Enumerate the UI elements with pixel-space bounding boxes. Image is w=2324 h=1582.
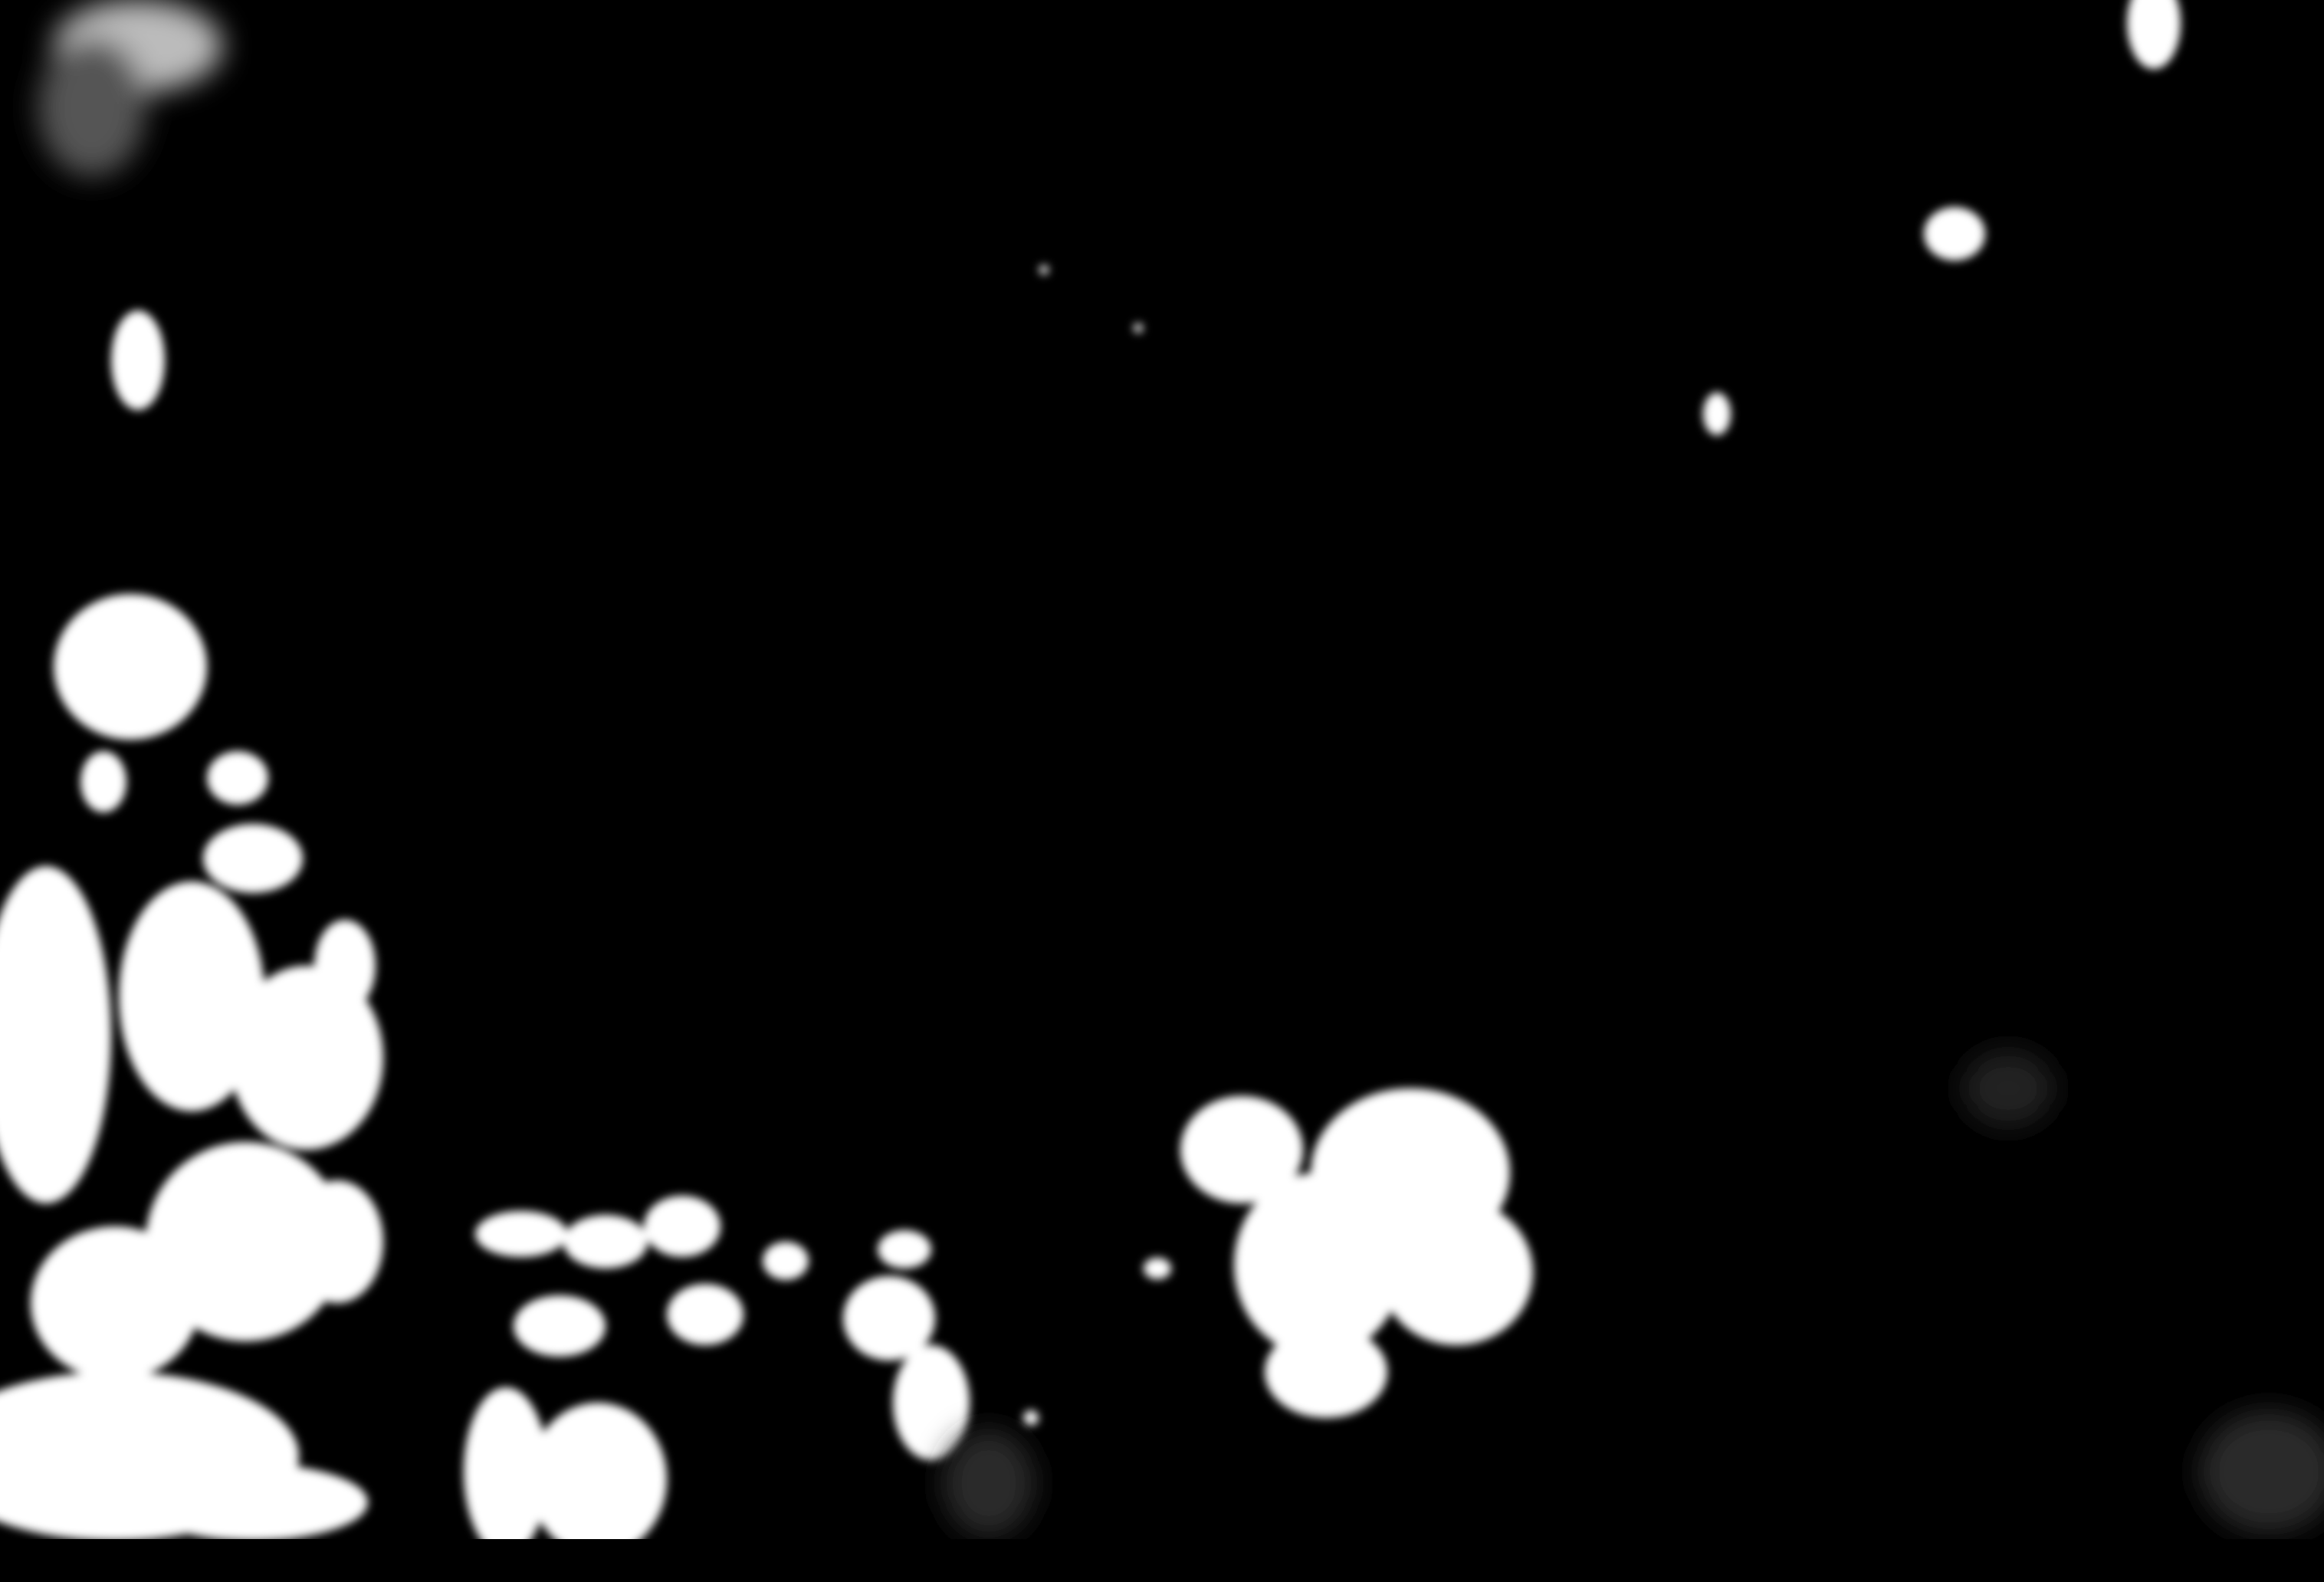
grayscale-mosaic-image	[0, 0, 2324, 1582]
bottom-band	[0, 1539, 2324, 1582]
blob-canvas	[0, 0, 2324, 1582]
